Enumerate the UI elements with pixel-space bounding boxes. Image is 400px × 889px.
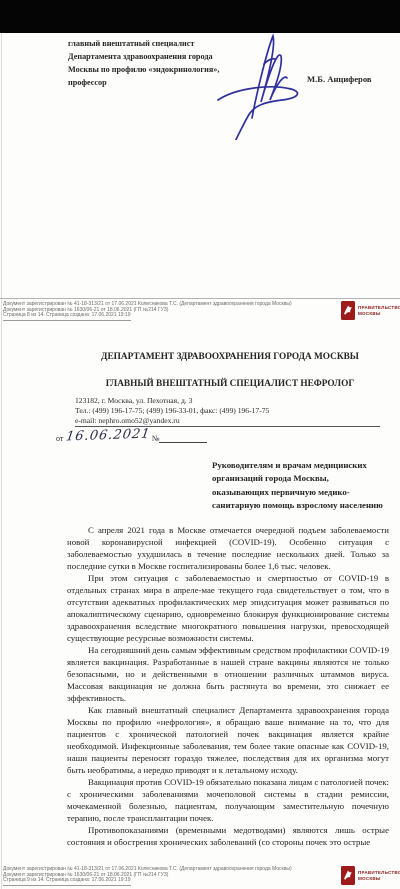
handwritten-date: 16.06.2021 xyxy=(65,426,152,444)
addressee-line: санитарную помощь взрослому населению xyxy=(212,499,387,512)
government-of-moscow-label: ПРАВИТЕЛЬСТВО МОСКВЫ xyxy=(358,305,400,316)
signoff-block: главный внештатный специалист Департамен… xyxy=(68,37,228,89)
body-paragraph: С апреля 2021 года в Москве отмечается о… xyxy=(67,524,389,572)
signoff-line: Москвы по профилю «эндокринология», xyxy=(68,63,228,76)
scanned-letter-page: главный внештатный специалист Департамен… xyxy=(0,0,400,889)
body-paragraph: На сегодняшний день самым эффективным ср… xyxy=(67,644,389,704)
stamp-line-3: Страница 8 из 14. Страница создана: 17.0… xyxy=(3,313,131,321)
registration-stamp-text: Документ зарегистрирован № 41-18-313/21 … xyxy=(3,302,292,321)
number-blank-line xyxy=(159,432,207,443)
moscow-coat-of-arms-icon xyxy=(341,301,355,320)
body-paragraph: При этом ситуация с заболеваемостью и см… xyxy=(67,572,389,644)
body-paragraph: Как главный внештатный специалист Департ… xyxy=(67,704,389,776)
postal-address: 123182, г. Москва, ул. Пехотная, д. 3 xyxy=(75,396,269,406)
letter-body: С апреля 2021 года в Москве отмечается о… xyxy=(67,524,389,848)
phone-fax-line: Тел.: (499) 196-17-75; (499) 196-33-01, … xyxy=(75,406,269,416)
addressee-line: организаций города Москвы, xyxy=(212,472,387,485)
government-of-moscow-label: ПРАВИТЕЛЬСТВО МОСКВЫ xyxy=(358,870,400,881)
department-title: ДЕПАРТАМЕНТ ЗДРАВООХРАНЕНИЯ ГОРОДА МОСКВ… xyxy=(70,352,390,362)
addressee-line: Руководителям и врачам медицинских xyxy=(212,459,387,472)
signoff-line: Департамента здравоохранения города xyxy=(68,50,228,63)
letterhead-contacts: 123182, г. Москва, ул. Пехотная, д. 3 Те… xyxy=(75,396,269,426)
addressee-line: оказывающих первичную медико- xyxy=(212,486,387,499)
moscow-coat-of-arms-icon xyxy=(341,866,355,885)
scan-left-edge xyxy=(1,33,2,889)
signature-ink xyxy=(212,30,308,140)
registration-stamp-bottom: Документ зарегистрирован № 41-18-313/21 … xyxy=(0,864,400,889)
date-number-line: от 16.06.2021 № xyxy=(56,428,207,443)
registration-stamp-top: Документ зарегистрирован № 41-18-313/21 … xyxy=(0,299,400,325)
body-paragraph: Противопоказаниями (временными медотвода… xyxy=(67,824,389,848)
number-sign: № xyxy=(152,434,160,443)
email-line: e-mail: nephro.omo52@yandex.ru xyxy=(75,416,269,426)
body-paragraph: Вакцинация против COVID-19 обязательно п… xyxy=(67,776,389,824)
addressee-block: Руководителям и врачам медицинских орган… xyxy=(212,459,387,512)
registration-stamp-text: Документ зарегистрирован № 41-18-313/21 … xyxy=(3,867,292,886)
signer-name: М.Б. Анциферов xyxy=(307,74,372,84)
chief-specialist-subtitle: ГЛАВНЫЙ ВНЕШТАТНЫЙ СПЕЦИАЛИСТ НЕФРОЛОГ xyxy=(70,379,390,389)
stamp-line-3: Страница 9 из 14. Страница создана: 17.0… xyxy=(3,878,131,886)
signoff-line: главный внештатный специалист xyxy=(68,37,228,50)
date-prefix: от xyxy=(56,434,63,443)
scan-black-bar xyxy=(0,0,400,33)
moscow-government-logo: ПРАВИТЕЛЬСТВО МОСКВЫ xyxy=(341,866,400,885)
signoff-line: профессор xyxy=(68,76,228,89)
moscow-government-logo: ПРАВИТЕЛЬСТВО МОСКВЫ xyxy=(341,301,400,320)
